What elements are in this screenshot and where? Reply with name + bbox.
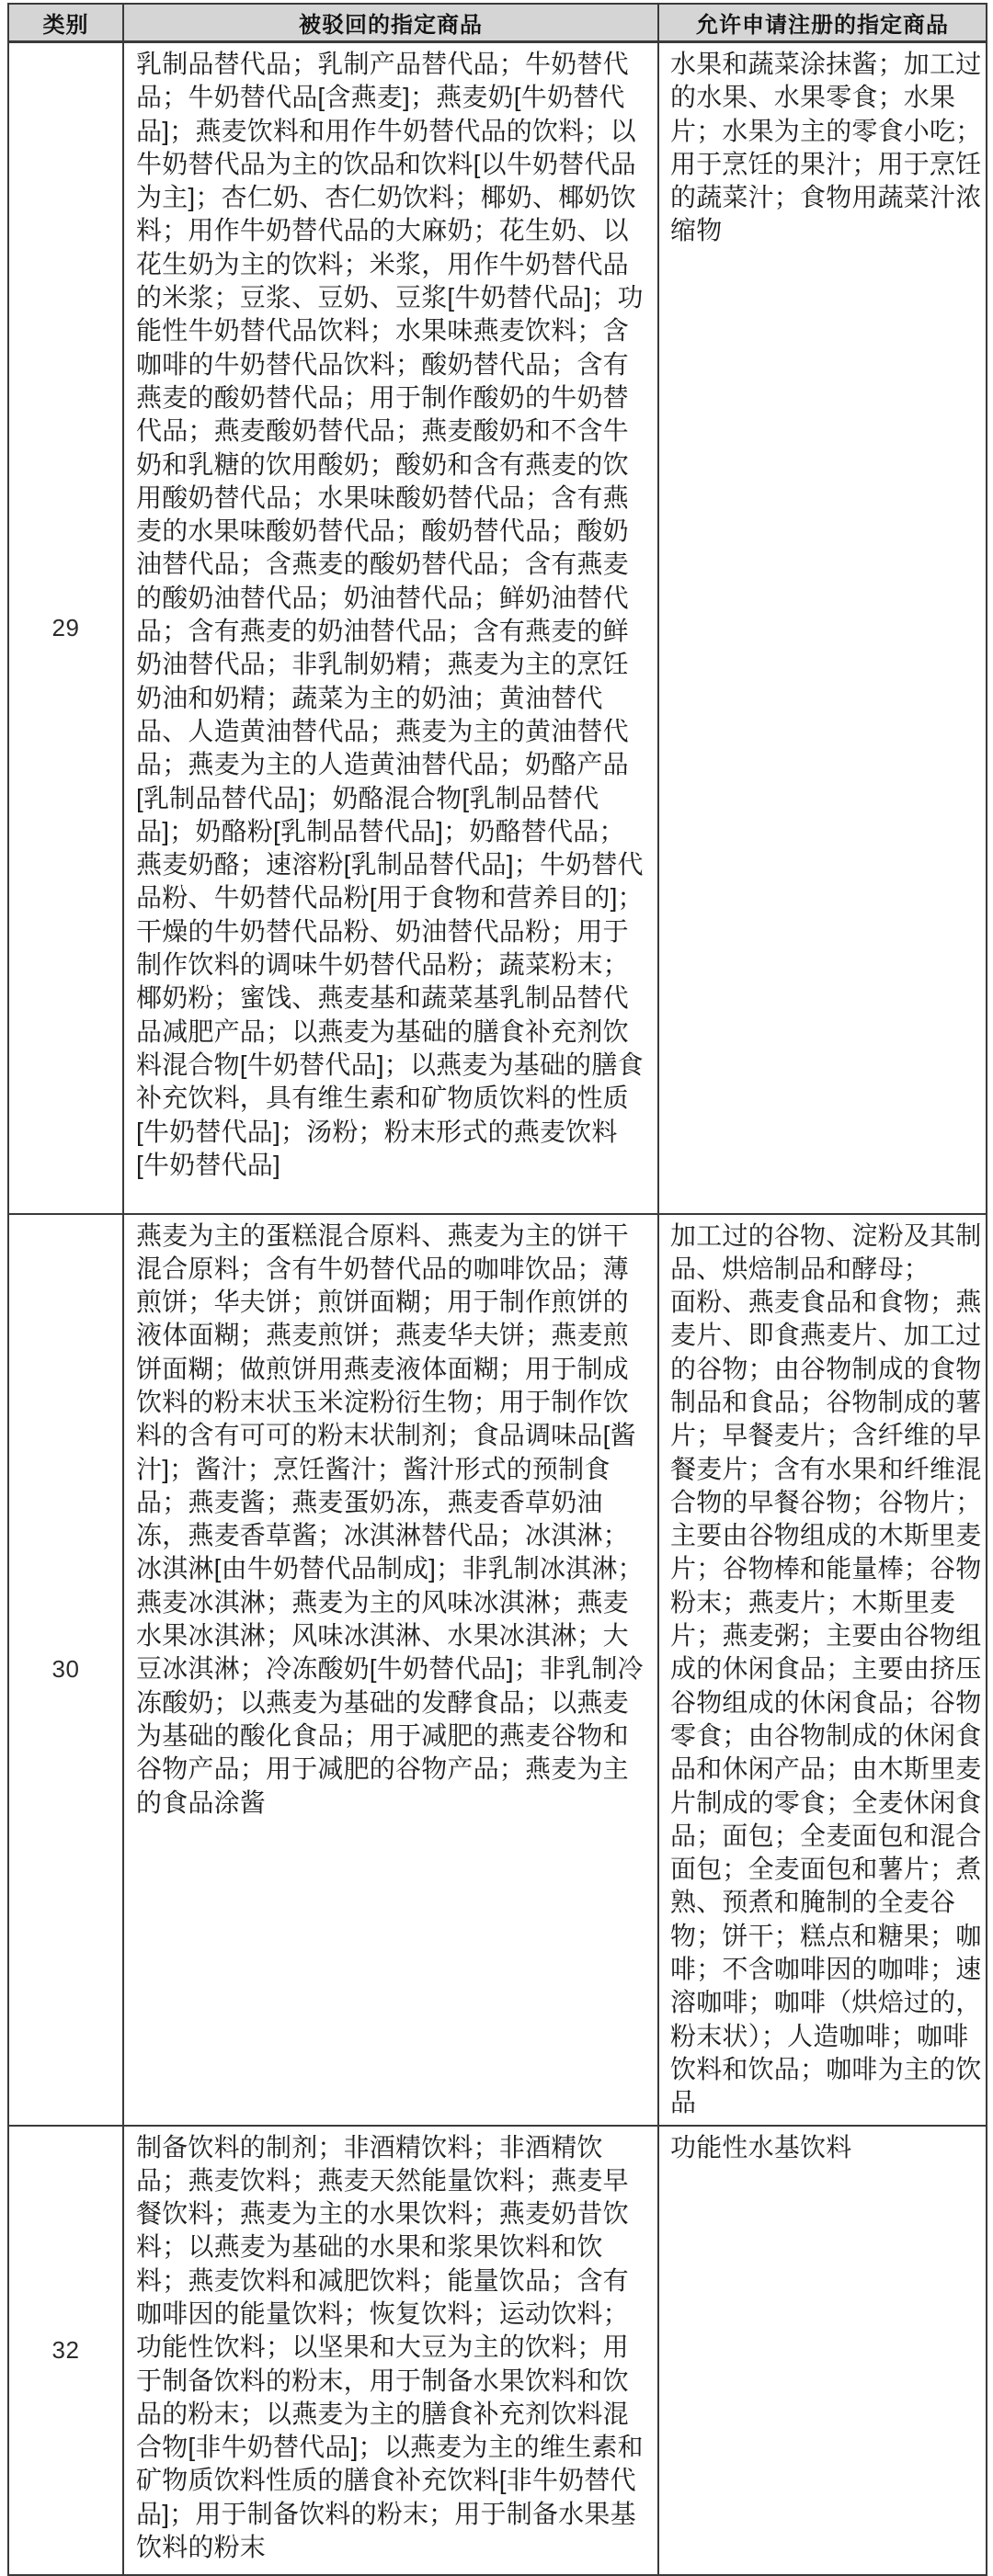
header-row: 类别 被驳回的指定商品 允许申请注册的指定商品 bbox=[8, 4, 987, 42]
category-number: 30 bbox=[8, 1214, 123, 2126]
col-header-allowed-goods: 允许申请注册的指定商品 bbox=[658, 4, 987, 42]
table-row-class-30: 30 燕麦为主的蛋糕混合原料、燕麦为主的饼干混合原料；含有牛奶替代品的咖啡饮品；… bbox=[8, 1214, 987, 2126]
rejected-goods-cell: 乳制品替代品；乳制产品替代品；牛奶替代品；牛奶替代品[含燕麦]；燕麦奶[牛奶替代… bbox=[123, 42, 658, 1214]
col-header-rejected-goods: 被驳回的指定商品 bbox=[123, 4, 658, 42]
rejected-goods-cell: 制备饮料的制剂；非酒精饮料；非酒精饮品；燕麦饮料；燕麦天然能量饮料；燕麦早餐饮料… bbox=[123, 2126, 658, 2575]
allowed-goods-cell: 水果和蔬菜涂抹酱；加工过的水果、水果零食；水果片；水果为主的零食小吃；用于烹饪的… bbox=[658, 42, 987, 1214]
category-number: 32 bbox=[8, 2126, 123, 2575]
trademark-goods-table: 类别 被驳回的指定商品 允许申请注册的指定商品 29 乳制品替代品；乳制产品替代… bbox=[7, 3, 987, 2576]
table-row-class-29: 29 乳制品替代品；乳制产品替代品；牛奶替代品；牛奶替代品[含燕麦]；燕麦奶[牛… bbox=[8, 42, 987, 1214]
col-header-category: 类别 bbox=[8, 4, 123, 42]
category-number: 29 bbox=[8, 42, 123, 1214]
allowed-goods-cell: 功能性水基饮料 bbox=[658, 2126, 987, 2575]
allowed-goods-cell: 加工过的谷物、淀粉及其制品、烘焙制品和酵母； 面粉、燕麦食品和食物；燕麦片、即食… bbox=[658, 1214, 987, 2126]
rejected-goods-cell: 燕麦为主的蛋糕混合原料、燕麦为主的饼干混合原料；含有牛奶替代品的咖啡饮品；薄煎饼… bbox=[123, 1214, 658, 2126]
table-row-class-32: 32 制备饮料的制剂；非酒精饮料；非酒精饮品；燕麦饮料；燕麦天然能量饮料；燕麦早… bbox=[8, 2126, 987, 2575]
